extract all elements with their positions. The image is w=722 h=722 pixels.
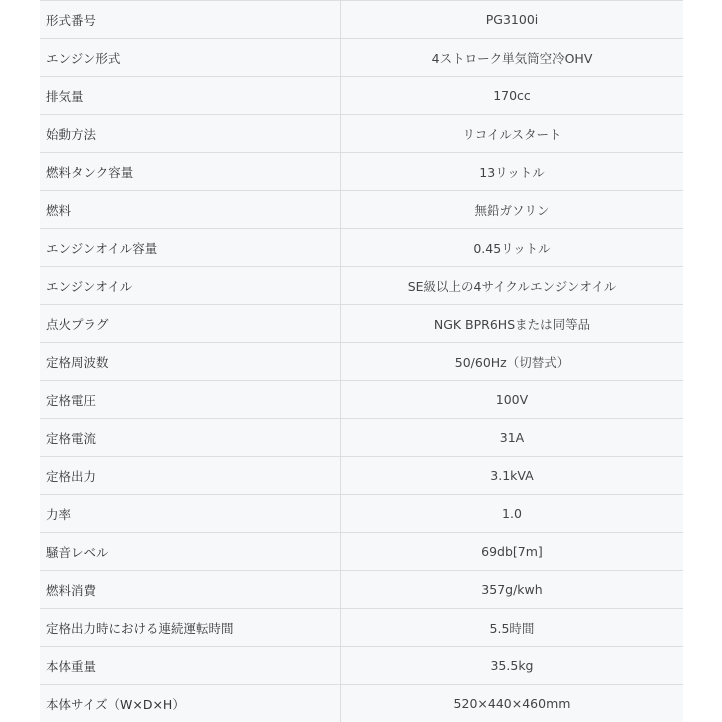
spec-label: エンジン形式 xyxy=(40,39,341,77)
spec-label: 燃料タンク容量 xyxy=(40,153,341,191)
spec-value: 無鉛ガソリン xyxy=(341,191,684,229)
spec-label: 形式番号 xyxy=(40,1,341,39)
spec-value: 5.5時間 xyxy=(341,609,684,647)
spec-label: エンジンオイル容量 xyxy=(40,229,341,267)
spec-label: エンジンオイル xyxy=(40,267,341,305)
spec-label: 力率 xyxy=(40,495,341,533)
table-row: エンジン形式 4ストローク単気筒空冷OHV xyxy=(40,39,683,77)
spec-value: 50/60Hz（切替式） xyxy=(341,343,684,381)
table-row: 排気量 170cc xyxy=(40,77,683,115)
spec-value: NGK BPR6HSまたは同等品 xyxy=(341,305,684,343)
table-row: 定格周波数 50/60Hz（切替式） xyxy=(40,343,683,381)
table-row: エンジンオイル容量 0.45リットル xyxy=(40,229,683,267)
spec-value: 100V xyxy=(341,381,684,419)
table-row: 力率 1.0 xyxy=(40,495,683,533)
spec-value: 35.5kg xyxy=(341,647,684,685)
spec-label: 定格周波数 xyxy=(40,343,341,381)
spec-label: 騒音レベル xyxy=(40,533,341,571)
table-row: 燃料消費 357g/kwh xyxy=(40,571,683,609)
spec-label: 定格出力時における連続運転時間 xyxy=(40,609,341,647)
spec-label: 定格電圧 xyxy=(40,381,341,419)
table-row: 本体サイズ（W×D×H） 520×440×460mm xyxy=(40,685,683,722)
table-row: 燃料 無鉛ガソリン xyxy=(40,191,683,229)
table-row: 始動方法 リコイルスタート xyxy=(40,115,683,153)
spec-label: 燃料消費 xyxy=(40,571,341,609)
spec-value: SE級以上の4サイクルエンジンオイル xyxy=(341,267,684,305)
spec-label: 定格出力 xyxy=(40,457,341,495)
table-row: 本体重量 35.5kg xyxy=(40,647,683,685)
table-row: エンジンオイル SE級以上の4サイクルエンジンオイル xyxy=(40,267,683,305)
spec-label: 始動方法 xyxy=(40,115,341,153)
spec-value: リコイルスタート xyxy=(341,115,684,153)
spec-value: 520×440×460mm xyxy=(341,685,684,722)
table-row: 定格出力 3.1kVA xyxy=(40,457,683,495)
spec-label: 排気量 xyxy=(40,77,341,115)
table-row: 形式番号 PG3100i xyxy=(40,1,683,39)
table-row: 定格出力時における連続運転時間 5.5時間 xyxy=(40,609,683,647)
spec-label: 点火プラグ xyxy=(40,305,341,343)
spec-label: 定格電流 xyxy=(40,419,341,457)
table-row: 騒音レベル 69db[7m] xyxy=(40,533,683,571)
table-row: 点火プラグ NGK BPR6HSまたは同等品 xyxy=(40,305,683,343)
spec-value: 1.0 xyxy=(341,495,684,533)
spec-value: 4ストローク単気筒空冷OHV xyxy=(341,39,684,77)
spec-value: 31A xyxy=(341,419,684,457)
table-row: 定格電流 31A xyxy=(40,419,683,457)
spec-value: 69db[7m] xyxy=(341,533,684,571)
spec-value: 0.45リットル xyxy=(341,229,684,267)
spec-label: 本体サイズ（W×D×H） xyxy=(40,685,341,722)
spec-label: 本体重量 xyxy=(40,647,341,685)
spec-label: 燃料 xyxy=(40,191,341,229)
table-row: 燃料タンク容量 13リットル xyxy=(40,153,683,191)
table-row: 定格電圧 100V xyxy=(40,381,683,419)
spec-value: 3.1kVA xyxy=(341,457,684,495)
spec-value: 13リットル xyxy=(341,153,684,191)
spec-value: 357g/kwh xyxy=(341,571,684,609)
spec-value: PG3100i xyxy=(341,1,684,39)
spec-table: 形式番号 PG3100i エンジン形式 4ストローク単気筒空冷OHV 排気量 1… xyxy=(40,0,683,722)
spec-value: 170cc xyxy=(341,77,684,115)
